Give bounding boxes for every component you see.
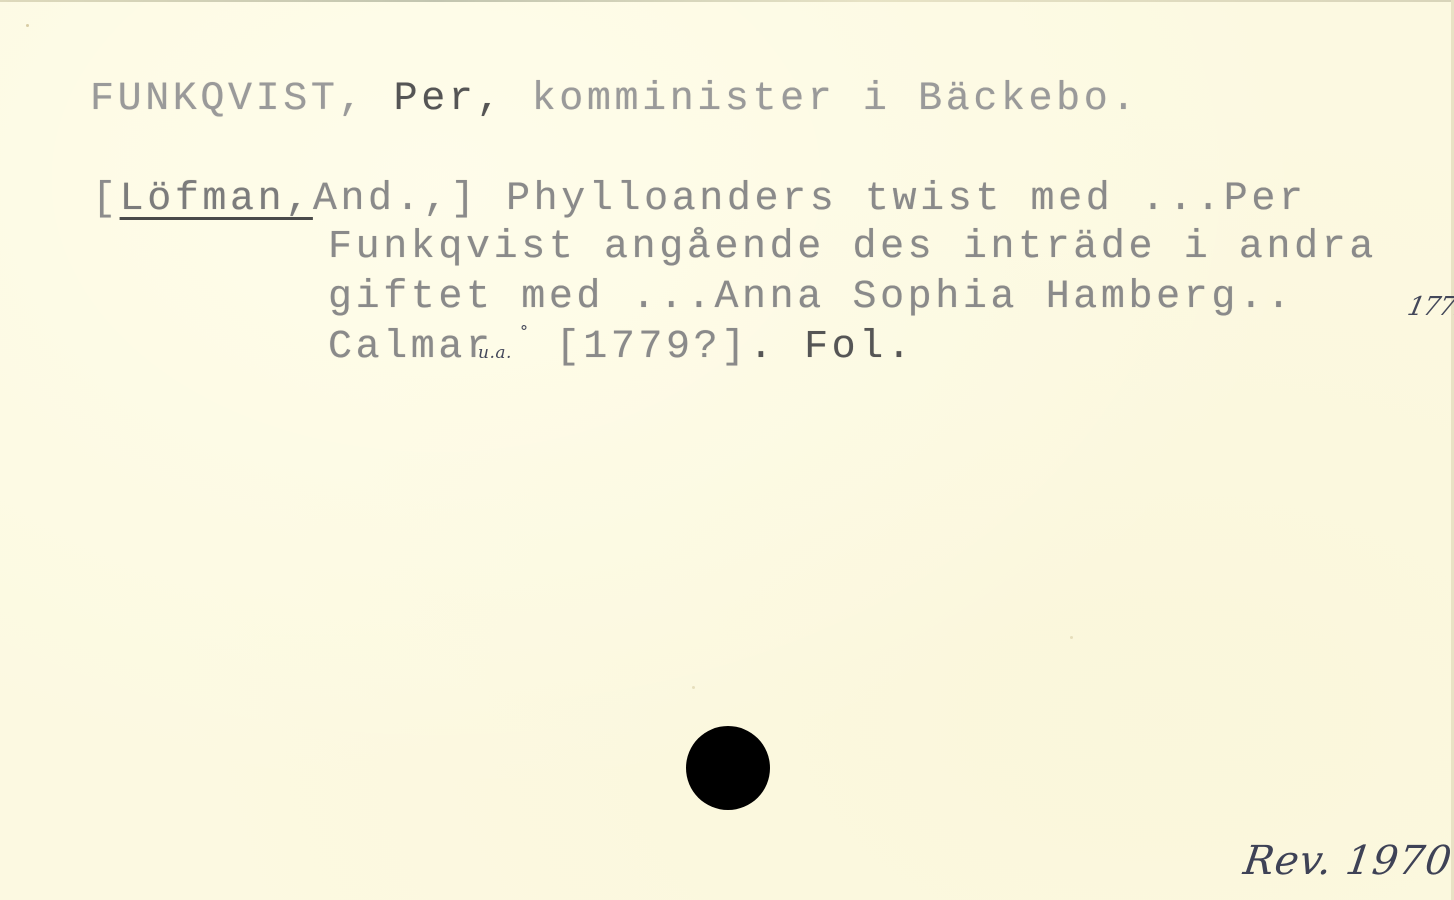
bracket-open: [ — [92, 177, 120, 222]
entry-place: Calmar — [328, 325, 494, 370]
handwritten-margin-year: 1779. — [1405, 292, 1454, 322]
paper-speck — [692, 686, 695, 689]
heading-spacer — [504, 77, 532, 122]
entry-line-2: Funkqvist angående des inträde i andra — [328, 228, 1377, 268]
entry-author-rest: And.,] — [313, 177, 506, 222]
paper-speck — [1070, 636, 1073, 639]
punch-hole — [686, 726, 770, 810]
entry-line-3: giftet med ...Anna Sophia Hamberg.. — [328, 278, 1294, 318]
heading-forename: Per, — [366, 77, 504, 122]
heading-surname: FUNKQVIST, — [90, 77, 366, 122]
heading-title: komminister i Bäckebo. — [532, 77, 1139, 122]
paper-speck — [26, 24, 29, 27]
entry-format: . Fol. — [749, 325, 915, 370]
entry-author: Löfman, — [120, 177, 313, 222]
entry-line-4: Calmar[1779?]. Fol. — [328, 328, 914, 368]
catalog-card: FUNKQVIST, Per, komminister i Bäckebo. [… — [0, 0, 1454, 900]
handwritten-revision-note: Rev. 1970 — [1241, 838, 1454, 884]
handwritten-ring-mark: ° — [520, 322, 528, 341]
entry-line-1: [Löfman,And.,] Phylloanders twist med ..… — [92, 180, 1307, 220]
entry-title-start: Phylloanders twist med ...Per — [506, 177, 1307, 222]
card-heading: FUNKQVIST, Per, komminister i Bäckebo. — [90, 80, 1139, 120]
entry-date: [1779?] — [556, 325, 749, 370]
handwritten-publisher-note: u.a. — [478, 343, 512, 363]
card-top-edge — [0, 0, 1454, 2]
